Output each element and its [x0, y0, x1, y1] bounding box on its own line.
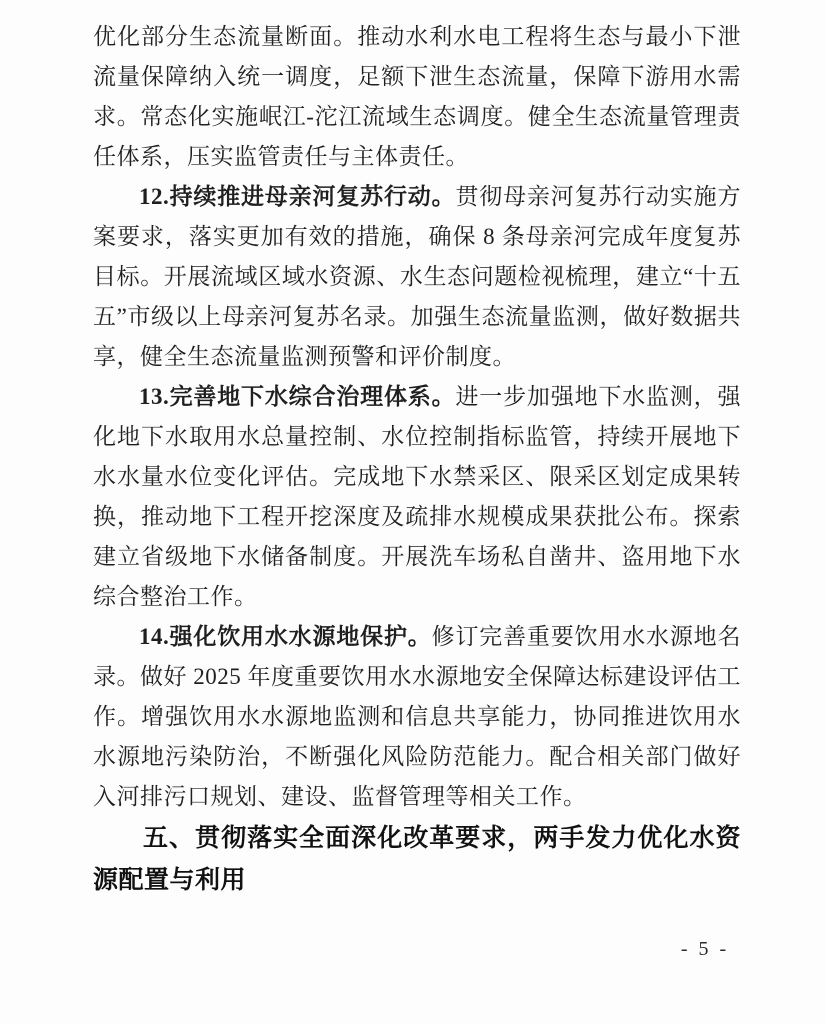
paragraph-item-13-text: 进一步加强地下水监测，强化地下水取用水总量控制、水位控制指标监管，持续开展地下水… — [93, 384, 741, 609]
paragraph-item-13-lead: 13.完善地下水综合治理体系。 — [139, 384, 455, 409]
intro-paragraph-text: 优化部分生态流量断面。推动水利水电工程将生态与最小下泄流量保障纳入统一调度，足额… — [93, 24, 741, 169]
paragraph-item-12-lead: 12.持续推进母亲河复苏行动。 — [139, 184, 455, 209]
document-page: 优化部分生态流量断面。推动水利水电工程将生态与最小下泄流量保障纳入统一调度，足额… — [0, 0, 826, 1025]
page-number: - 5 - — [660, 938, 750, 961]
intro-paragraph: 优化部分生态流量断面。推动水利水电工程将生态与最小下泄流量保障纳入统一调度，足额… — [93, 17, 741, 177]
paragraph-item-13: 13.完善地下水综合治理体系。进一步加强地下水监测，强化地下水取用水总量控制、水… — [93, 377, 741, 617]
paragraph-item-14-text: 修订完善重要饮用水水源地名录。做好 2025 年度重要饮用水水源地安全保障达标建… — [93, 624, 741, 809]
paragraph-item-12-text: 贯彻母亲河复苏行动实施方案要求，落实更加有效的措施，确保 8 条母亲河完成年度复… — [93, 184, 741, 369]
paragraph-item-12: 12.持续推进母亲河复苏行动。贯彻母亲河复苏行动实施方案要求，落实更加有效的措施… — [93, 177, 741, 377]
document-body: 优化部分生态流量断面。推动水利水电工程将生态与最小下泄流量保障纳入统一调度，足额… — [93, 17, 741, 901]
section-heading: 五、贯彻落实全面深化改革要求，两手发力优化水资源配置与利用 — [93, 817, 741, 901]
paragraph-item-14: 14.强化饮用水水源地保护。修订完善重要饮用水水源地名录。做好 2025 年度重… — [93, 617, 741, 817]
paragraph-item-14-lead: 14.强化饮用水水源地保护。 — [139, 624, 432, 649]
